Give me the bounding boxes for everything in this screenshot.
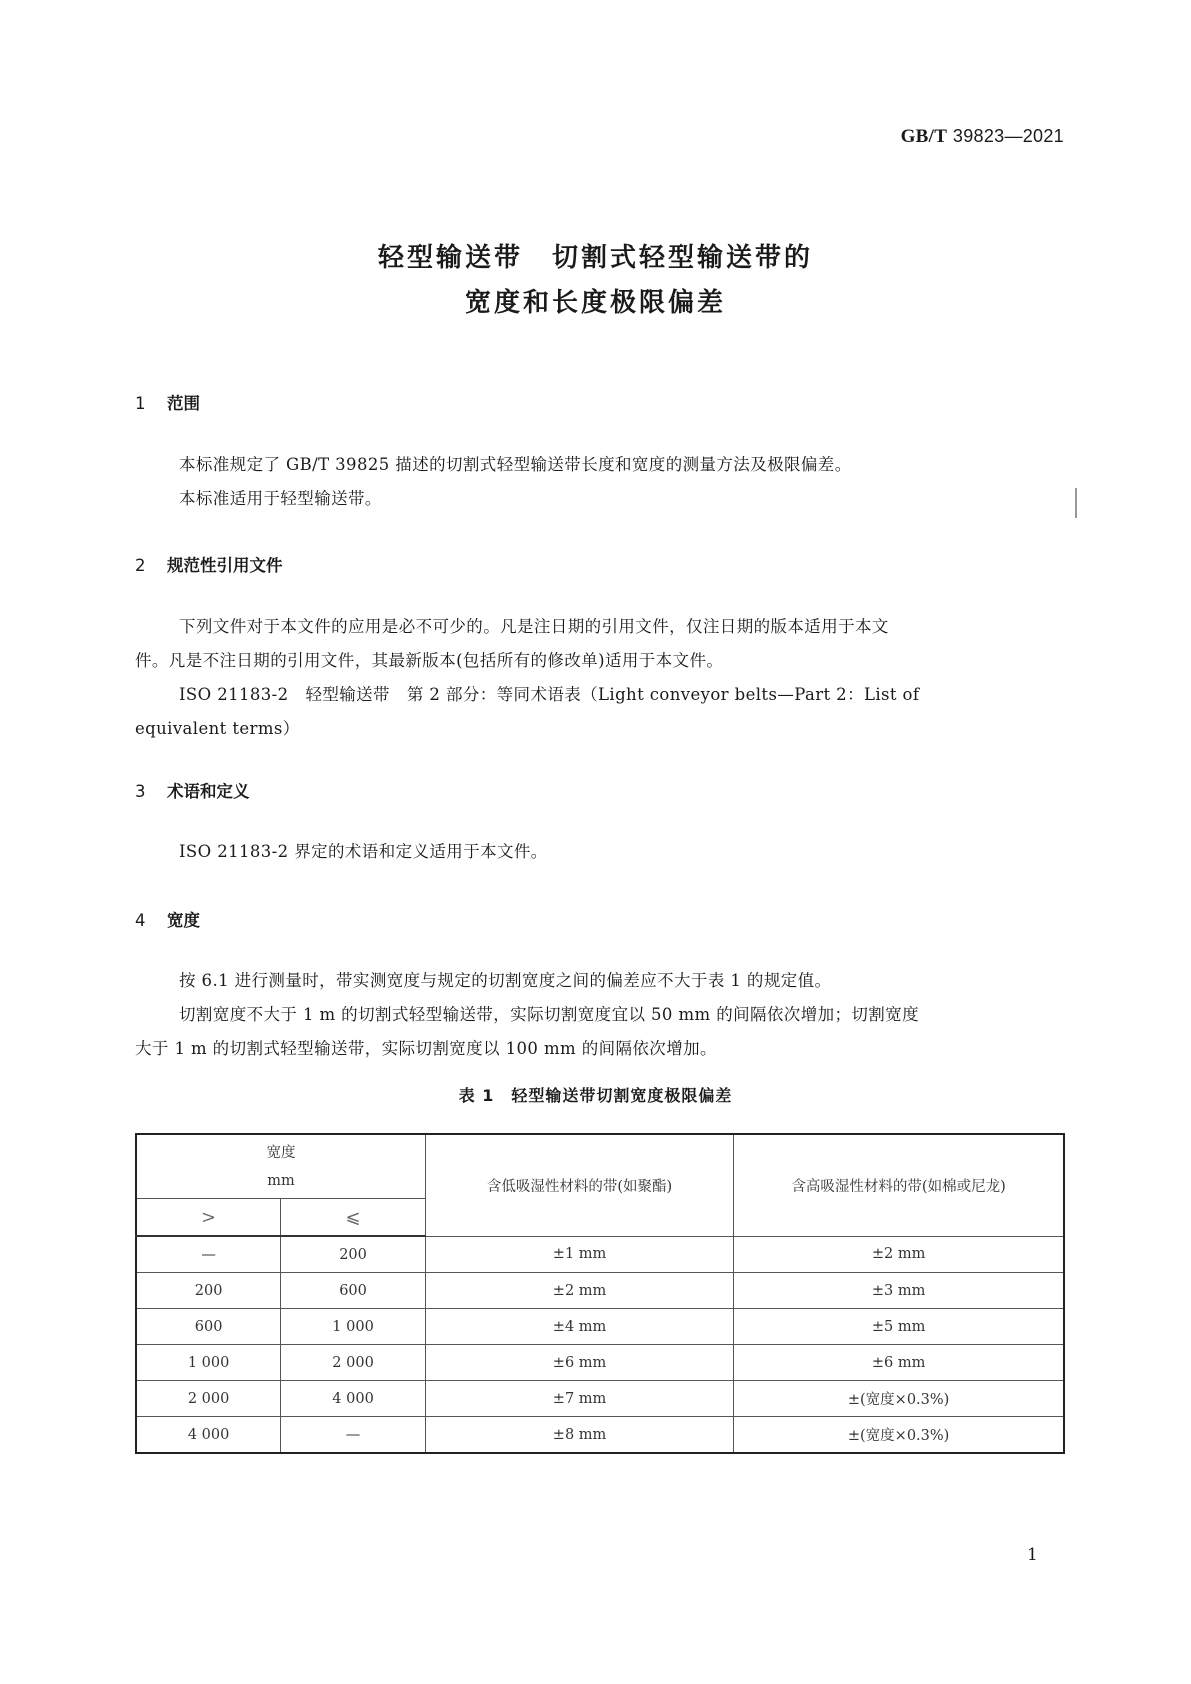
section-body-width: 按 6.1 进行测量时，带实测宽度与规定的切割宽度之间的偏差应不大于表 1 的规… <box>135 964 1065 1066</box>
section-body-scope: 本标准规定了 GB/T 39825 描述的切割式轻型输送带长度和宽度的测量方法及… <box>135 448 1065 516</box>
table-row: 1 000 2 000 ±6 mm ±6 mm <box>136 1345 1064 1381</box>
header-less-or-equal: ⩽ <box>281 1199 426 1237</box>
paragraph: 本标准规定了 GB/T 39825 描述的切割式轻型输送带长度和宽度的测量方法及… <box>135 448 1065 482</box>
table-row: — 200 ±1 mm ±2 mm <box>136 1236 1064 1273</box>
table-caption: 表 1 轻型输送带切割宽度极限偏差 <box>0 1083 1191 1106</box>
section-heading-scope: 1范围 <box>135 390 200 414</box>
document-title-line2: 宽度和长度极限偏差 <box>0 282 1191 319</box>
paragraph: 切割宽度不大于 1 m 的切割式轻型输送带，实际切割宽度宜以 50 mm 的间隔… <box>135 998 1065 1032</box>
paragraph: 按 6.1 进行测量时，带实测宽度与规定的切割宽度之间的偏差应不大于表 1 的规… <box>135 964 1065 998</box>
section-heading-terms: 3术语和定义 <box>135 778 250 802</box>
table-row: 2 000 4 000 ±7 mm ±(宽度×0.3%) <box>136 1381 1064 1417</box>
reference-entry: ISO 21183-2 轻型输送带 第 2 部分：等同术语表（Light con… <box>135 678 1065 712</box>
paragraph: ISO 21183-2 界定的术语和定义适用于本文件。 <box>135 835 1065 869</box>
header-width: 宽度 mm <box>136 1134 425 1199</box>
section-heading-width: 4宽度 <box>135 907 200 931</box>
header-greater-than: > <box>136 1199 281 1237</box>
page-number: 1 <box>1027 1545 1038 1565</box>
header-low-absorption: 含低吸湿性材料的带(如聚酯) <box>425 1134 733 1236</box>
table-row: 600 1 000 ±4 mm ±5 mm <box>136 1309 1064 1345</box>
section-heading-normative-references: 2规范性引用文件 <box>135 552 283 576</box>
paragraph: 件。凡是不注日期的引用文件，其最新版本(包括所有的修改单)适用于本文件。 <box>135 644 1065 678</box>
header-high-absorption: 含高吸湿性材料的带(如棉或尼龙) <box>734 1134 1064 1236</box>
document-title-line1: 轻型输送带 切割式轻型输送带的 <box>0 237 1191 274</box>
change-bar <box>1075 488 1077 518</box>
table-row: 200 600 ±2 mm ±3 mm <box>136 1273 1064 1309</box>
reference-entry-continued: equivalent terms） <box>135 712 1065 746</box>
standard-code: 39823—2021 <box>953 126 1064 146</box>
standard-prefix: GB/T <box>901 126 948 147</box>
table-row: 4 000 — ±8 mm ±(宽度×0.3%) <box>136 1417 1064 1454</box>
section-body-normative-references: 下列文件对于本文件的应用是必不可少的。凡是注日期的引用文件，仅注日期的版本适用于… <box>135 610 1065 746</box>
paragraph: 本标准适用于轻型输送带。 <box>135 482 1065 516</box>
width-tolerance-table: 宽度 mm 含低吸湿性材料的带(如聚酯) 含高吸湿性材料的带(如棉或尼龙) > … <box>135 1133 1065 1454</box>
section-body-terms: ISO 21183-2 界定的术语和定义适用于本文件。 <box>135 835 1065 869</box>
paragraph: 下列文件对于本文件的应用是必不可少的。凡是注日期的引用文件，仅注日期的版本适用于… <box>135 610 1065 644</box>
paragraph: 大于 1 m 的切割式轻型输送带，实际切割宽度以 100 mm 的间隔依次增加。 <box>135 1032 1065 1066</box>
standard-number: GB/T 39823—2021 <box>901 126 1064 148</box>
